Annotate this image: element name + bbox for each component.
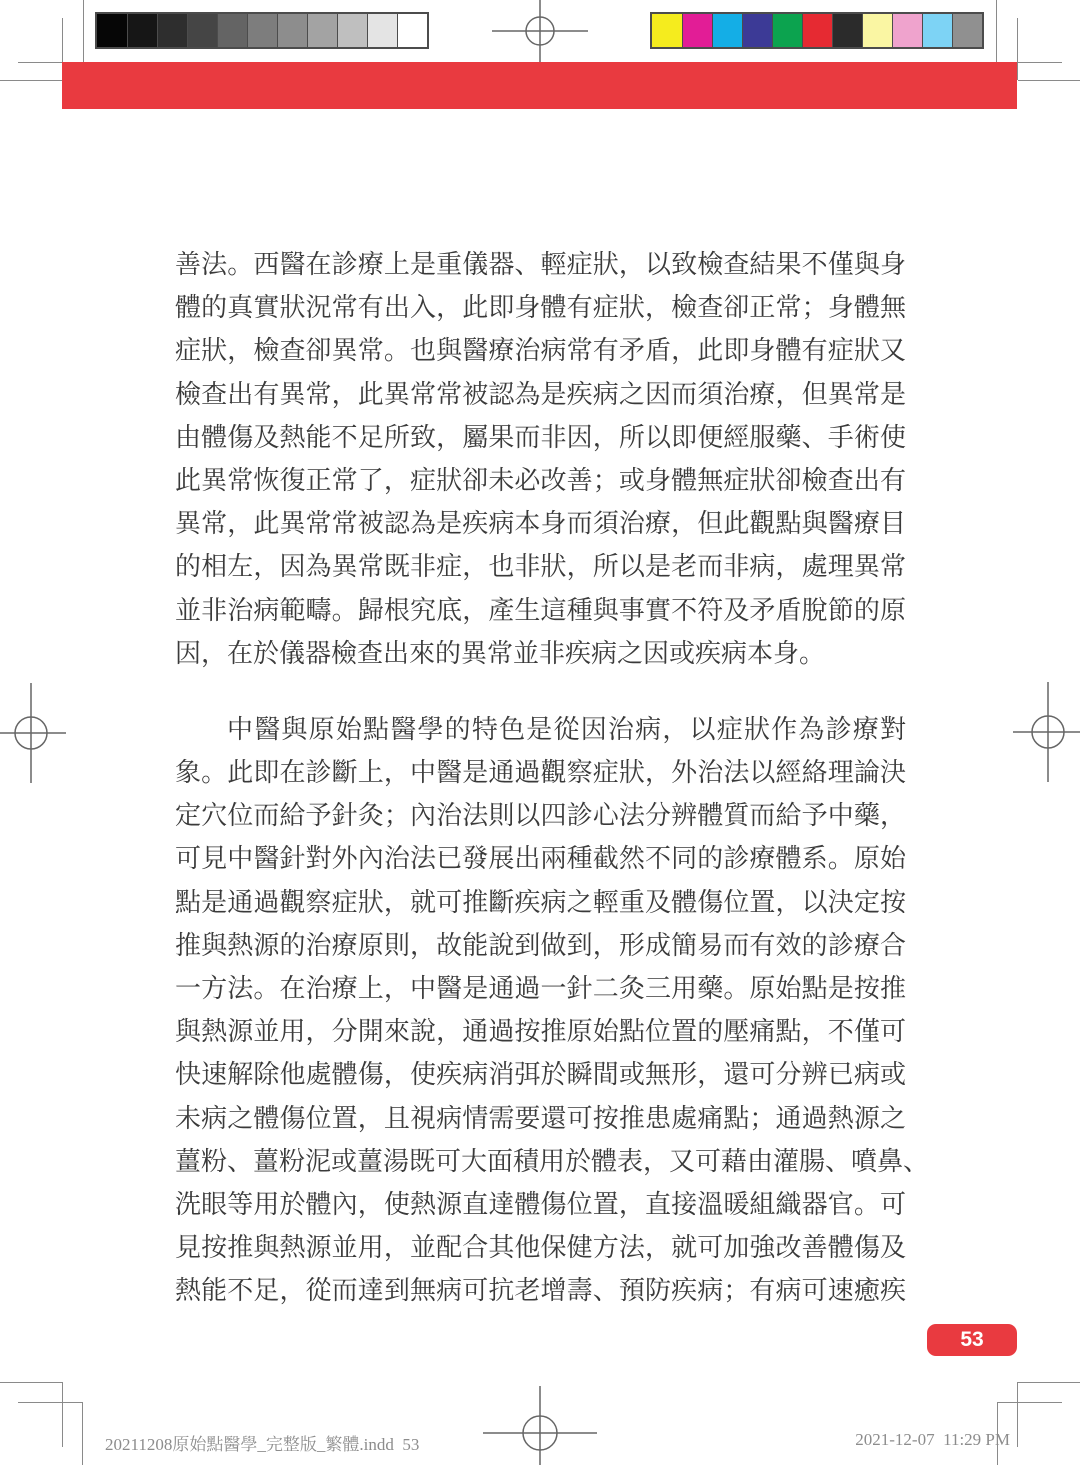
- paragraph-western-medicine: 善法。西醫在診療上是重儀器、輕症狀，以致檢查結果不僅與身體的真實狀況常有出入，此…: [175, 243, 906, 675]
- registration-mark-left: [0, 683, 66, 783]
- calibration-swatch: [802, 14, 832, 47]
- calibration-swatch: [742, 14, 772, 47]
- calibration-swatch: [712, 14, 742, 47]
- text-line: 異常，此異常常被認為是疾病本身而須治療，但此觀點與醫療目: [175, 502, 906, 545]
- footer-filename: 20211208原始點醫學_完整版_繁體.indd 53: [105, 1430, 419, 1455]
- crop-mark: [0, 80, 62, 81]
- registration-mark-right: [1010, 682, 1080, 782]
- text-line: 薑粉、薑粉泥或薑湯既可大面積用於體表，又可藉由灌腸、噴鼻、: [175, 1140, 906, 1183]
- calibration-swatch: [397, 14, 427, 47]
- text-line: 見按推與熱源並用，並配合其他保健方法，就可加強改善體傷及: [175, 1226, 906, 1269]
- footer-timestamp: 2021-12-07 11:29 PM: [855, 1430, 1010, 1450]
- text-line: 檢查出有異常，此異常常被認為是疾病之因而須治療，但異常是: [175, 373, 906, 416]
- text-line: 症狀，檢查卻異常。也與醫療治病常有矛盾，此即身體有症狀又: [175, 329, 906, 372]
- text-line: 體的真實狀況常有出入，此即身體有症狀，檢查卻正常；身體無: [175, 286, 906, 329]
- crop-mark: [82, 1402, 83, 1465]
- text-line: 一方法。在治療上，中醫是通過一針二灸三用藥。原始點是按推: [175, 967, 906, 1010]
- text-line: 中醫與原始點醫學的特色是從因治病，以症狀作為診療對: [175, 708, 906, 751]
- registration-mark-bottom: [483, 1386, 597, 1465]
- crop-mark: [1018, 1382, 1080, 1383]
- crop-mark: [998, 1402, 1062, 1403]
- text-line: 並非治病範疇。歸根究底，產生這種與事實不符及矛盾脫節的原: [175, 589, 906, 632]
- text-line: 點是通過觀察症狀，就可推斷疾病之輕重及體傷位置，以決定按: [175, 881, 906, 924]
- calibration-swatch: [832, 14, 862, 47]
- body-text: 善法。西醫在診療上是重儀器、輕症狀，以致檢查結果不僅與身體的真實狀況常有出入，此…: [175, 243, 906, 1313]
- crop-mark: [0, 1382, 62, 1383]
- text-line: 的相左，因為異常既非症，也非狀，所以是老而非病，處理異常: [175, 545, 906, 588]
- text-line: 洗眼等用於體內，使熱源直達體傷位置，直接溫暖組織器官。可: [175, 1183, 906, 1226]
- calibration-swatch: [127, 14, 157, 47]
- text-line: 由體傷及熱能不足所致，屬果而非因，所以即便經服藥、手術使: [175, 416, 906, 459]
- text-line: 快速解除他處體傷，使疾病消弭於瞬間或無形，還可分辨已病或: [175, 1053, 906, 1096]
- calibration-swatch: [217, 14, 247, 47]
- calibration-swatch: [187, 14, 217, 47]
- calibration-swatch: [97, 14, 127, 47]
- crop-mark: [1017, 18, 1018, 80]
- page-number-badge: 53: [927, 1324, 1017, 1356]
- text-line: 推與熱源的治療原則，故能說到做到，形成簡易而有效的診療合: [175, 924, 906, 967]
- calibration-swatch: [772, 14, 802, 47]
- text-line: 可見中醫針對外內治法已發展出兩種截然不同的診療體系。原始: [175, 837, 906, 880]
- crop-mark: [62, 1382, 63, 1447]
- text-line: 此異常恢復正常了，症狀卻未必改善；或身體無症狀卻檢查出有: [175, 459, 906, 502]
- calibration-swatch: [367, 14, 397, 47]
- text-line: 善法。西醫在診療上是重儀器、輕症狀，以致檢查結果不僅與身: [175, 243, 906, 286]
- crop-mark: [83, 0, 84, 62]
- text-line: 象。此即在診斷上，中醫是通過觀察症狀，外治法以經絡理論決: [175, 751, 906, 794]
- calibration-swatch: [277, 14, 307, 47]
- crop-mark: [1018, 80, 1080, 81]
- calibration-swatch: [652, 14, 682, 47]
- grayscale-calibration-bar: [95, 12, 429, 49]
- crop-mark: [18, 1402, 82, 1403]
- calibration-swatch: [247, 14, 277, 47]
- paragraph-chinese-medicine: 中醫與原始點醫學的特色是從因治病，以症狀作為診療對象。此即在診斷上，中醫是通過觀…: [175, 708, 906, 1313]
- color-calibration-bar: [650, 12, 984, 49]
- calibration-swatch: [157, 14, 187, 47]
- text-line: 因，在於儀器檢查出來的異常並非疾病之因或疾病本身。: [175, 632, 906, 675]
- header-banner: [62, 62, 1017, 109]
- calibration-swatch: [952, 14, 982, 47]
- text-line: 熱能不足，從而達到無病可抗老增壽、預防疾病；有病可速癒疾: [175, 1269, 906, 1312]
- calibration-swatch: [337, 14, 367, 47]
- calibration-swatch: [862, 14, 892, 47]
- print-proof-page: 善法。西醫在診療上是重儀器、輕症狀，以致檢查結果不僅與身體的真實狀況常有出入，此…: [0, 0, 1080, 1465]
- text-line: 與熱源並用，分開來說，通過按推原始點位置的壓痛點，不僅可: [175, 1010, 906, 1053]
- text-line: 未病之體傷位置，且視病情需要還可按推患處痛點；通過熱源之: [175, 1097, 906, 1140]
- calibration-swatch: [307, 14, 337, 47]
- text-line: 定穴位而給予針灸；內治法則以四診心法分辨體質而給予中藥，: [175, 794, 906, 837]
- crop-mark: [1017, 1382, 1018, 1447]
- calibration-swatch: [892, 14, 922, 47]
- calibration-swatch: [922, 14, 952, 47]
- crop-mark: [996, 0, 997, 62]
- calibration-swatch: [682, 14, 712, 47]
